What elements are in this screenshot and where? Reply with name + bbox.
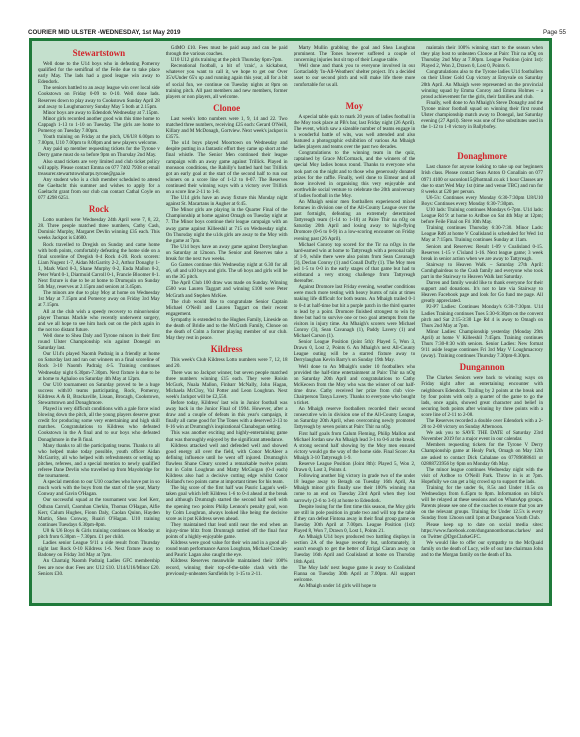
column-4: maintain their 100% winning start to the… xyxy=(421,45,543,599)
paragraph: Congratulations to the winning team in t… xyxy=(294,150,416,199)
paragraph: The April Club 100 draw was made on Sund… xyxy=(166,280,288,298)
paragraph: An Charraig Naomh Padraig Ladies GFC mem… xyxy=(38,558,160,576)
paragraph: Kildress attacked well and defended well… xyxy=(166,443,288,486)
section-title-donaghmore: Donaghmore xyxy=(421,151,543,162)
paragraph: Sympathy is extended to the Hughes Famil… xyxy=(166,317,288,341)
paragraph: P2-P7 Ladies: Continues Monday's 6:30-7:… xyxy=(421,304,543,328)
paragraph: A special table quiz to mark 20 years of… xyxy=(294,114,416,151)
paragraph: Well done to An Mhaigh's under 10 footba… xyxy=(294,364,416,407)
paragraph: Ladies senior League 9/11 a side result … xyxy=(38,540,160,558)
paragraph: They maintained that lead until near the… xyxy=(166,522,288,540)
paragraph: Congratulations also to the Tyrone ladie… xyxy=(421,69,543,99)
section-title-moy: Moy xyxy=(294,101,416,112)
paragraph: We would like to offer our sympathy to t… xyxy=(421,540,543,558)
paragraph: Before today, Kildress' last win in Juni… xyxy=(166,400,288,430)
paragraph: Members requesting tickets for the Tyron… xyxy=(421,442,543,466)
paragraph: Our U10 tournament on Saturday proved to… xyxy=(38,382,160,406)
paragraph: The Clarkes Seniors were back to winning… xyxy=(421,375,543,418)
paragraph: The Reserves recorded a double over Eden… xyxy=(421,418,543,430)
paragraph: U10 lads: Training continues Mondays 6-7… xyxy=(421,207,543,225)
paragraph: Our U14's played Naomh Padraig in a frie… xyxy=(38,351,160,381)
paragraph: Minor girls recorded another good win th… xyxy=(38,116,160,134)
section-title-rock: Rock xyxy=(38,204,160,215)
paragraph: The Minor girls are playing in the Quart… xyxy=(166,207,288,244)
publication-dateline: COURIER MID ULSTER -WEDNESDAY, 1st May 2… xyxy=(28,29,180,36)
paragraph: There was no Jackpot winner, but seven p… xyxy=(166,370,288,400)
paragraph: Despite losing for the first time this s… xyxy=(294,504,416,534)
paragraph: U6-5's: Continues every Monday 6:30-7:30… xyxy=(421,195,543,207)
column-1: Stewartstown Well done to the U14 boys w… xyxy=(38,45,160,599)
paragraph: maintain their 100% winning start to the… xyxy=(421,45,543,69)
section-title-stewartstown: Stewartstown xyxy=(38,48,160,59)
paragraph: Kildress Reserves meanwhile maintained t… xyxy=(166,558,288,576)
paragraph: This was another exciting and highly-ent… xyxy=(166,430,288,442)
section-title-clonoe: Clonoe xyxy=(166,103,288,114)
paragraph: Stairway to Heaven Walk – Saturday 27th … xyxy=(421,262,543,280)
paragraph: An Mhaigh under 14 girls will hope to xyxy=(294,583,416,589)
paragraph: Against Dromore last Friday evening, wea… xyxy=(294,284,416,339)
paragraph: An Mhaigh reserve footballers recorded t… xyxy=(294,406,416,430)
paragraph: We ask you to SAVE THE DATE of Saturday … xyxy=(421,430,543,442)
paragraph: Reserve League Position (Joint 8th): Pla… xyxy=(294,461,416,473)
paragraph: Minor boys are away to Edendork Wednesda… xyxy=(38,110,160,116)
paragraph: Senior League Position (joint 5th): Play… xyxy=(294,339,416,363)
paragraph: Well done and thank you to everyone invo… xyxy=(294,63,416,87)
paragraph: Marty Mullin grabbing the goal and Shea … xyxy=(294,45,416,63)
paragraph: The club would like to congratulate Seni… xyxy=(166,299,288,317)
page-number: Page 55 xyxy=(543,29,566,36)
paragraph: The big score of the first half was Paur… xyxy=(166,485,288,522)
paragraph: Youth training on Friday at the pitch, U… xyxy=(38,134,160,146)
paragraph: Rock travelled to Dregish on Sunday and … xyxy=(38,242,160,291)
paragraph: Any paid up member requesting tickets fo… xyxy=(38,146,160,158)
paragraph: Well done to Shea Daly and Tyrone minors… xyxy=(38,333,160,351)
paragraph: Well done to the U14 boys who in defeati… xyxy=(38,61,160,85)
paragraph: Recreational football, a bit of 'craic',… xyxy=(166,63,288,100)
paragraph: An Mhaigh senior men footballers experie… xyxy=(294,199,416,242)
paragraph: Also stand tickets are very limited and … xyxy=(38,159,160,177)
columns: Stewartstown Well done to the U14 boys w… xyxy=(38,45,543,599)
paragraph: Last chance for anyone looking to take u… xyxy=(421,164,543,194)
paragraph: The u14 boys played Moortown on Wednesda… xyxy=(166,140,288,195)
paragraph: Our successful squad at the tournament w… xyxy=(38,497,160,527)
paragraph: Minor Ladies: Championship yesterday (Mo… xyxy=(421,329,543,359)
paragraph: Finally, well done to An Mhaigh's Steve … xyxy=(421,100,543,130)
paragraph: Following another big victory in grade t… xyxy=(294,473,416,503)
page-header: COURIER MID ULSTER -WEDNESDAY, 1st May 2… xyxy=(28,28,568,38)
paragraph: Last week's lotto numbers were 1, 9, 14 … xyxy=(166,116,288,140)
paragraph: Michael Conroy top scored for the Tir na… xyxy=(294,242,416,285)
paragraph: First half goals from Calum Fleming, Phi… xyxy=(294,431,416,461)
paragraph: An Mhaigh U14 boys produced two battling… xyxy=(294,534,416,564)
paragraph: The U14 boys have an away game against D… xyxy=(166,244,288,262)
paragraph: The seniors battled to an away league wi… xyxy=(38,85,160,109)
paragraph: Many thanks to all the participating tea… xyxy=(38,443,160,480)
paragraph: G4MO £10. Fees must be paid asap and can… xyxy=(166,45,288,57)
paragraph: Any student who is a club member schedul… xyxy=(38,177,160,201)
paragraph: Seniors and Reserves: Result 1-09 v Coal… xyxy=(421,244,543,262)
paragraph: Training for the under 6s, 8.5s and Unde… xyxy=(421,485,543,522)
section-title-kildress: Kildress xyxy=(166,344,288,355)
club-notes-panel: Stewartstown Well done to the U14 boys w… xyxy=(29,38,552,606)
section-title-dungannon: Dungannon xyxy=(421,362,543,373)
paragraph: Played in very difficult conditions with… xyxy=(38,406,160,443)
column-2: G4MO £10. Fees must be paid asap and can… xyxy=(166,45,288,599)
paragraph: Training continues Thursday 6:30-7:30. M… xyxy=(421,225,543,243)
paragraph: The U14 girls have an away fixture this … xyxy=(166,195,288,207)
paragraph: This week's Club Kildress Lotto numbers … xyxy=(166,357,288,369)
paragraph: Go Games continue this Wednesday night a… xyxy=(166,262,288,280)
paragraph: Kildress were good value for their win a… xyxy=(166,540,288,558)
paragraph: Darren and family would like to thank ev… xyxy=(421,280,543,304)
paragraph: The minors are due to play Moy at home o… xyxy=(38,290,160,308)
paragraph: The minor league continues Wednesday nig… xyxy=(421,467,543,485)
paragraph: All at the club wish a speedy recovery t… xyxy=(38,309,160,333)
column-3: Marty Mullin grabbing the goal and Shea … xyxy=(294,45,416,599)
paragraph: Lotto numbers for Wednesday 24th April w… xyxy=(38,217,160,241)
paragraph: The Moy lads' next league game is away t… xyxy=(294,565,416,583)
paragraph: Please keep up to date on social media s… xyxy=(421,522,543,540)
paragraph: U8 & U6 Boys & Girls training continues … xyxy=(38,528,160,540)
paragraph: A special mention to our U10 coaches who… xyxy=(38,479,160,497)
